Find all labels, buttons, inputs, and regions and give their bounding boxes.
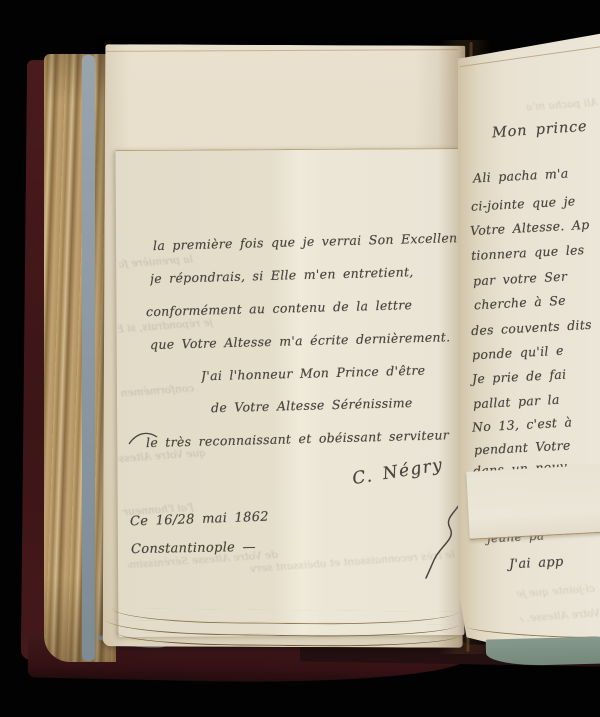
teal-page-edge	[486, 636, 600, 666]
book-photograph: la première fois que je verrai Son Excel…	[0, 0, 600, 717]
overlapping-sheet-edge	[466, 464, 600, 539]
blue-page-edge	[82, 55, 95, 661]
place-line: Constantinople —	[131, 540, 256, 557]
right-page-lower-line: J'ai app	[509, 555, 564, 573]
closing-flourish	[128, 429, 158, 447]
